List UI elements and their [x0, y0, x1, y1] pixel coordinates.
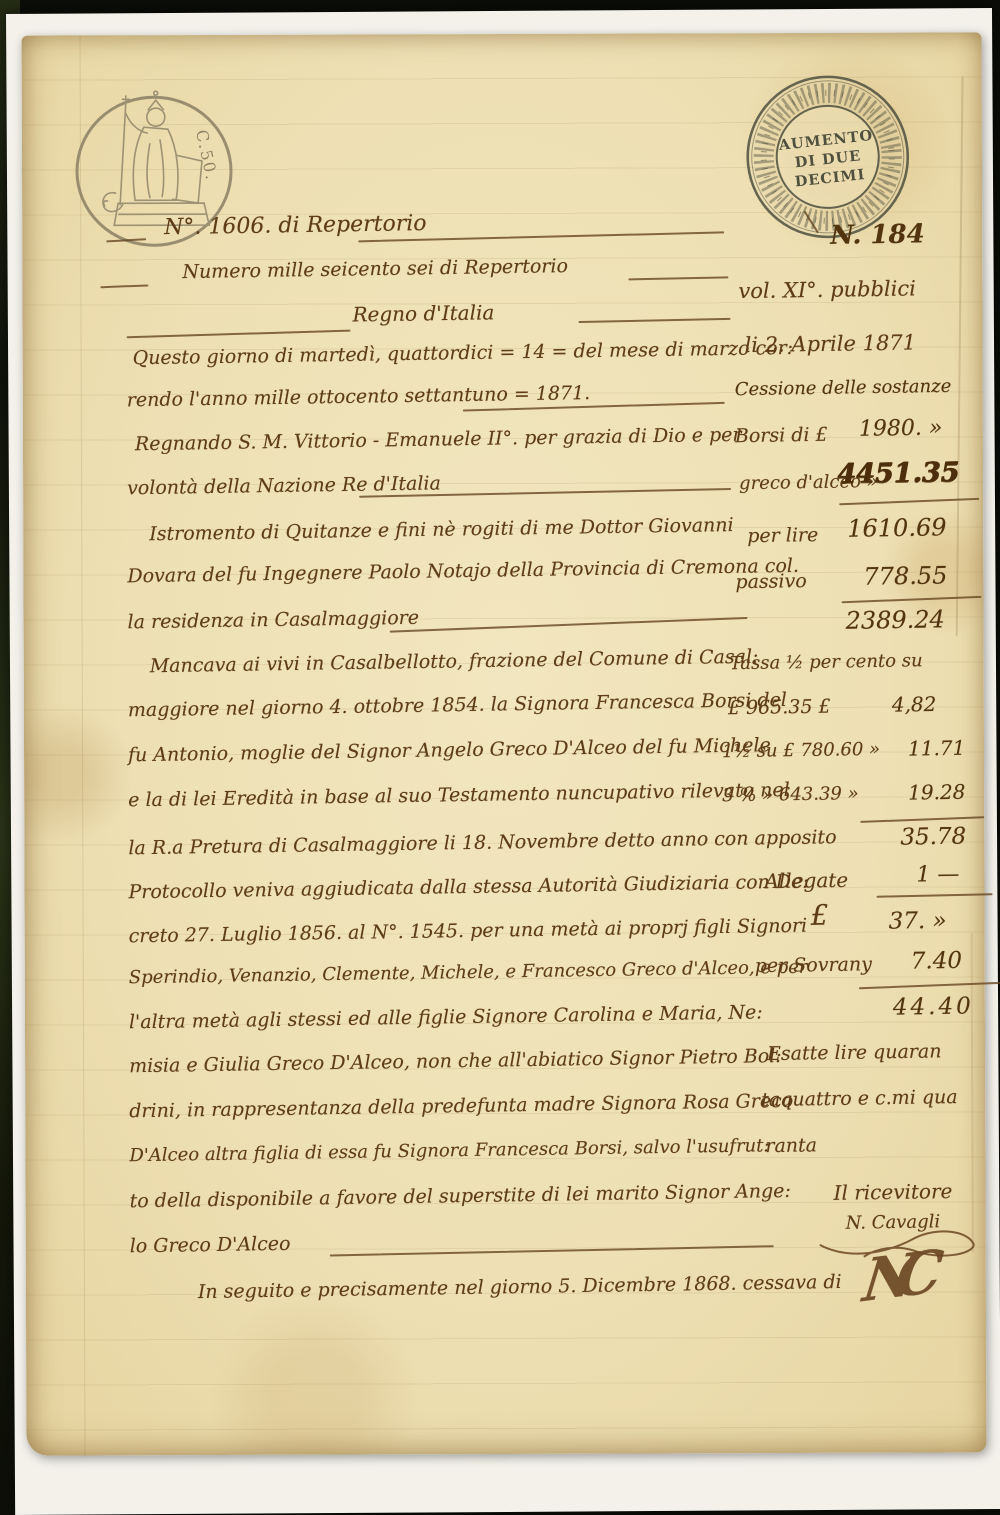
ink-rule	[860, 816, 984, 823]
manuscript-paper: C.50. AUMENTO DI DUE DECIMI	[22, 32, 987, 1455]
signature-title: Il ricevitore	[833, 1179, 952, 1205]
manuscript-line: Numero mille seicento sei di Repertorio	[182, 255, 568, 283]
margin-row-value: 2389.24	[845, 605, 945, 635]
margin-volume: vol. XI°. pubblici	[738, 276, 916, 303]
margin-row-label: 3 % » 643.39 »	[722, 783, 859, 806]
ink-rule	[579, 318, 731, 323]
manuscript-line: Mancava ai vivi in Casalbellotto, frazio…	[150, 646, 759, 678]
margin-row-value: 35.78	[900, 824, 966, 851]
margin-row-label: per Sovrany	[755, 953, 872, 977]
ink-rule	[330, 1245, 774, 1256]
manuscript-line: Regno d'Italia	[352, 300, 494, 326]
manuscript-line: Questo giorno di martedì, quattordici = …	[132, 337, 793, 369]
manuscript-line: In seguito e precisamente nel giorno 5. …	[198, 1271, 842, 1303]
ink-rule	[877, 893, 993, 897]
margin-row-label: Tassa ½ per cento su	[730, 650, 923, 674]
margin-note-line: taquattro e c.mi qua	[761, 1086, 958, 1111]
manuscript-line: l'altra metà agli stessi ed alle figlie …	[129, 1001, 763, 1033]
margin-row-value: 4,82	[892, 692, 937, 717]
manuscript-line: la residenza in Casalmaggiore	[127, 607, 419, 634]
manuscript-line: Regnando S. M. Vittorio - Emanuele II°. …	[135, 424, 742, 456]
margin-row-value: 44.40	[893, 993, 974, 1020]
ink-rule	[628, 276, 728, 280]
manuscript-line: Sperindio, Venanzio, Clemente, Michele, …	[129, 957, 808, 989]
manuscript-line: N°. 1606. di Repertorio	[164, 211, 427, 240]
margin-row-label: per lire	[747, 524, 818, 547]
signature-paraph: NC	[860, 1239, 927, 1316]
manuscript-line: creto 27. Luglio 1856. al N°. 1545. per …	[128, 915, 807, 948]
margin-row-value: 7.40	[911, 948, 963, 975]
manuscript-line: drini, in rappresentanza della predefunt…	[129, 1090, 793, 1122]
ink-rule	[842, 596, 982, 603]
stamp-denomination: C.50.	[192, 128, 222, 183]
manuscript-line: e la di lei Eredità in base al suo Testa…	[128, 779, 790, 811]
margin-row-value: 37. »	[888, 908, 946, 935]
margin-row-value: 11.71	[908, 736, 966, 761]
manuscript-line: Protocollo veniva aggiudicata dalla stes…	[128, 871, 809, 904]
manuscript-line: Dovara del fu Ingegnere Paolo Notajo del…	[127, 555, 799, 588]
margin-row-label: Allegate	[764, 868, 848, 893]
manuscript-line: maggiore nel giorno 4. ottobre 1854. la …	[128, 689, 787, 721]
ink-rule	[390, 617, 748, 633]
margin-subject: Cessione delle sostanze	[735, 376, 952, 400]
margin-row-value: 1610.69	[847, 513, 947, 543]
margin-row-label: £	[810, 899, 828, 932]
manuscript-line: la R.a Pretura di Casalmaggiore li 18. N…	[128, 826, 837, 859]
ink-rule	[859, 982, 1000, 990]
seated-italia-figure-icon: C.50.	[62, 73, 247, 270]
margin-row-value: 778.55	[863, 561, 947, 590]
margin-date: li 2. Aprile 1871	[744, 330, 916, 357]
margin-row-value: 19.28	[908, 780, 966, 805]
margin-row-value: 4451.35	[837, 457, 960, 490]
margin-row-value: 1980. »	[859, 415, 943, 441]
second-sheet-edge	[956, 76, 964, 636]
manuscript-line: misia e Giulia Greco D'Alceo, non che al…	[129, 1045, 782, 1077]
margin-number: N. 184	[830, 219, 925, 250]
manuscript-line: to della disponibile a favore del supers…	[129, 1180, 791, 1212]
second-sheet-edge	[971, 932, 974, 1252]
manuscript-line: Istromento di Quitanze e fini nè rogiti …	[149, 514, 734, 545]
margin-note-line: Esatte lire quaran	[767, 1040, 942, 1065]
revenue-stamp-c50: C.50.	[62, 73, 247, 274]
margin-row-label: Borsi di £	[735, 424, 828, 447]
ink-rule	[127, 330, 351, 339]
ink-rule	[100, 284, 148, 288]
scanned-document-page: C.50. AUMENTO DI DUE DECIMI	[0, 0, 1000, 1515]
manuscript-line: lo Greco D'Alceo	[130, 1233, 291, 1258]
margin-row-label: 1½ su £ 780.60 »	[722, 739, 880, 762]
manuscript-line: fu Antonio, moglie del Signor Angelo Gre…	[128, 734, 771, 766]
margin-note-line: ranta	[765, 1134, 817, 1157]
margin-row-label: passivo	[735, 570, 807, 593]
manuscript-line: D'Alceo altra figlia di essa fu Signora …	[129, 1135, 769, 1166]
margin-row-value: 1 —	[916, 862, 959, 888]
margin-row-label: £ 965.35 £	[728, 696, 831, 720]
